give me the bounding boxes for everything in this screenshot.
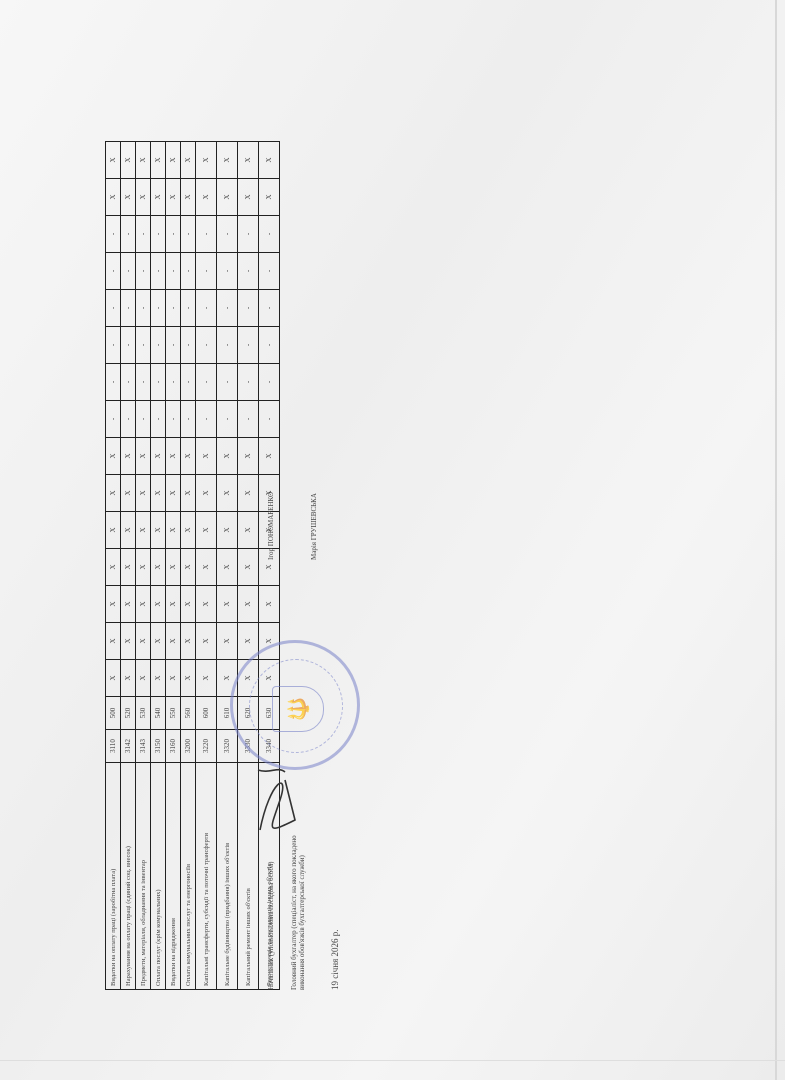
row-cell: X — [166, 586, 181, 623]
row-cell: - — [259, 364, 280, 401]
row-cell: - — [196, 327, 217, 364]
budget-table: Видатки на оплату праці (заробітна плата… — [105, 141, 280, 990]
row-label: Оплата комунальних послуг та енергоносії… — [181, 763, 196, 990]
row-code: 3143 — [136, 730, 151, 763]
row-line-number: 600 — [196, 697, 217, 730]
row-cell: - — [238, 401, 259, 438]
row-cell: - — [106, 364, 121, 401]
row-cell: - — [121, 216, 136, 253]
official-stamp: 🔱 — [230, 640, 360, 770]
row-cell: X — [238, 179, 259, 216]
row-cell: X — [106, 623, 121, 660]
row-cell: - — [238, 216, 259, 253]
row-cell: - — [259, 253, 280, 290]
row-cell: X — [166, 623, 181, 660]
row-cell: X — [196, 438, 217, 475]
row-cell: - — [181, 327, 196, 364]
row-cell: - — [121, 290, 136, 327]
row-code: 3110 — [106, 730, 121, 763]
row-label: Капітальні трансферти, субсидії та поточ… — [196, 763, 217, 990]
row-cell: - — [136, 401, 151, 438]
row-cell: - — [238, 364, 259, 401]
row-code: 3200 — [181, 730, 196, 763]
row-cell: - — [151, 401, 166, 438]
row-cell: - — [217, 401, 238, 438]
row-cell: X — [121, 660, 136, 697]
table-row: Оплата послуг (крім комунальних)3150540X… — [151, 142, 166, 990]
row-cell: - — [196, 364, 217, 401]
row-cell: X — [166, 179, 181, 216]
row-cell: X — [217, 438, 238, 475]
row-cell: X — [151, 586, 166, 623]
row-line-number: 530 — [136, 697, 151, 730]
row-cell: - — [106, 401, 121, 438]
row-cell: X — [259, 142, 280, 179]
row-label: Оплата послуг (крім комунальних) — [151, 763, 166, 990]
row-cell: X — [196, 549, 217, 586]
row-cell: X — [238, 142, 259, 179]
row-cell: X — [136, 623, 151, 660]
row-cell: X — [136, 512, 151, 549]
row-cell: - — [106, 216, 121, 253]
row-cell: X — [217, 586, 238, 623]
row-cell: - — [181, 216, 196, 253]
row-cell: X — [181, 438, 196, 475]
row-cell: X — [259, 438, 280, 475]
table-row: Видатки на оплату праці (заробітна плата… — [106, 142, 121, 990]
row-label: Предмети, матеріали, обладнання та інвен… — [136, 763, 151, 990]
row-label: Капітальне будівництво (придбання) інших… — [217, 763, 238, 990]
row-cell: - — [238, 327, 259, 364]
page-fold — [0, 1060, 785, 1061]
row-cell: X — [196, 142, 217, 179]
row-cell: - — [181, 364, 196, 401]
table-row: Предмети, матеріали, обладнання та інвен… — [136, 142, 151, 990]
row-cell: X — [136, 179, 151, 216]
row-cell: - — [106, 290, 121, 327]
row-label: Нарахування на оплату праці (єдиний соц.… — [121, 763, 136, 990]
row-cell: X — [196, 623, 217, 660]
row-cell: X — [136, 660, 151, 697]
row-cell: X — [106, 586, 121, 623]
row-cell: X — [151, 660, 166, 697]
row-code: 3150 — [151, 730, 166, 763]
row-line-number: 550 — [166, 697, 181, 730]
row-cell: X — [181, 623, 196, 660]
row-cell: X — [259, 586, 280, 623]
row-cell: - — [196, 253, 217, 290]
row-cell: - — [217, 290, 238, 327]
row-cell: X — [196, 512, 217, 549]
row-cell: X — [217, 549, 238, 586]
page-edge — [775, 0, 777, 1080]
row-cell: X — [121, 549, 136, 586]
row-cell: - — [196, 216, 217, 253]
row-label: Видатки на оплату праці (заробітна плата… — [106, 763, 121, 990]
row-line-number: 500 — [106, 697, 121, 730]
row-line-number: 520 — [121, 697, 136, 730]
table-row: Нарахування на оплату праці (єдиний соц.… — [121, 142, 136, 990]
document-date: 19 січня 2026 р. — [330, 930, 340, 990]
row-cell: - — [217, 253, 238, 290]
row-cell: X — [136, 438, 151, 475]
row-cell: X — [106, 660, 121, 697]
row-cell: - — [151, 290, 166, 327]
row-cell: - — [259, 401, 280, 438]
row-line-number: 540 — [151, 697, 166, 730]
trident-emblem-icon: 🔱 — [272, 686, 324, 732]
row-cell: X — [238, 475, 259, 512]
row-cell: X — [106, 179, 121, 216]
row-cell: - — [196, 401, 217, 438]
row-cell: - — [259, 327, 280, 364]
table-row: Капітальний ремонт інших об'єктів3330620… — [238, 142, 259, 990]
row-cell: X — [196, 475, 217, 512]
row-label: Видатки на відрядження — [166, 763, 181, 990]
rotated-document: Видатки на оплату праці (заробітна плата… — [105, 110, 365, 1030]
row-line-number: 560 — [181, 697, 196, 730]
row-cell: - — [181, 290, 196, 327]
row-cell: X — [121, 142, 136, 179]
accountant-name: Марія ГРУШЕВСЬКА — [310, 493, 318, 560]
row-cell: X — [238, 549, 259, 586]
row-cell: X — [121, 475, 136, 512]
row-cell: - — [166, 216, 181, 253]
row-cell: X — [166, 512, 181, 549]
row-cell: X — [181, 586, 196, 623]
row-cell: - — [121, 364, 136, 401]
row-code: 3320 — [217, 730, 238, 763]
row-cell: X — [181, 142, 196, 179]
row-cell: X — [259, 179, 280, 216]
row-cell: - — [106, 327, 121, 364]
row-cell: - — [259, 216, 280, 253]
row-cell: X — [136, 475, 151, 512]
row-code: 3220 — [196, 730, 217, 763]
row-cell: X — [151, 475, 166, 512]
row-cell: X — [166, 438, 181, 475]
row-cell: X — [136, 586, 151, 623]
row-cell: X — [121, 512, 136, 549]
row-cell: - — [181, 253, 196, 290]
row-cell: - — [259, 290, 280, 327]
row-cell: - — [217, 216, 238, 253]
row-cell: X — [238, 512, 259, 549]
row-cell: X — [181, 549, 196, 586]
table-row: Капітальні трансферти, субсидії та поточ… — [196, 142, 217, 990]
row-cell: - — [166, 290, 181, 327]
row-cell: X — [151, 179, 166, 216]
row-cell: - — [151, 327, 166, 364]
row-cell: X — [121, 438, 136, 475]
row-cell: - — [166, 253, 181, 290]
row-cell: X — [166, 475, 181, 512]
row-cell: X — [196, 586, 217, 623]
row-cell: X — [196, 660, 217, 697]
row-cell: X — [106, 438, 121, 475]
row-cell: X — [166, 660, 181, 697]
row-cell: X — [136, 142, 151, 179]
row-cell: - — [121, 327, 136, 364]
row-cell: X — [166, 549, 181, 586]
row-cell: - — [166, 327, 181, 364]
row-cell: - — [166, 364, 181, 401]
row-cell: X — [121, 586, 136, 623]
row-cell: X — [238, 586, 259, 623]
row-cell: - — [217, 364, 238, 401]
table-row: Оплата комунальних послуг та енергоносії… — [181, 142, 196, 990]
row-cell: X — [106, 142, 121, 179]
row-cell: - — [238, 290, 259, 327]
row-cell: X — [181, 475, 196, 512]
row-cell: X — [196, 179, 217, 216]
row-cell: X — [151, 142, 166, 179]
row-cell: X — [106, 475, 121, 512]
row-cell: X — [106, 512, 121, 549]
row-cell: - — [106, 253, 121, 290]
row-cell: X — [151, 623, 166, 660]
row-cell: - — [238, 253, 259, 290]
row-cell: X — [136, 549, 151, 586]
row-cell: X — [217, 179, 238, 216]
row-cell: X — [181, 660, 196, 697]
row-cell: X — [121, 179, 136, 216]
row-cell: X — [217, 623, 238, 660]
row-cell: X — [151, 549, 166, 586]
row-cell: - — [151, 364, 166, 401]
row-cell: - — [166, 401, 181, 438]
row-cell: X — [151, 512, 166, 549]
row-cell: - — [151, 216, 166, 253]
row-cell: X — [166, 142, 181, 179]
head-name: Ігор ПОНОМАРЕНКО — [267, 492, 275, 560]
row-cell: X — [238, 438, 259, 475]
row-cell: X — [181, 179, 196, 216]
row-cell: X — [217, 512, 238, 549]
handwritten-signature — [250, 760, 310, 840]
row-cell: - — [136, 290, 151, 327]
row-cell: X — [121, 623, 136, 660]
table-row: Капітальне будівництво (придбання) інших… — [217, 142, 238, 990]
row-cell: - — [136, 253, 151, 290]
row-cell: X — [181, 512, 196, 549]
row-cell: - — [121, 401, 136, 438]
row-code: 3160 — [166, 730, 181, 763]
row-cell: - — [181, 401, 196, 438]
row-cell: - — [121, 253, 136, 290]
head-signature-label: Начальник (уповноважена посадова особа) — [267, 862, 275, 990]
row-cell: - — [136, 327, 151, 364]
row-cell: X — [106, 549, 121, 586]
row-cell: X — [217, 475, 238, 512]
row-cell: - — [196, 290, 217, 327]
row-code: 3142 — [121, 730, 136, 763]
accountant-signature-label: Головний бухгалтер (спеціаліст, на якого… — [290, 830, 306, 990]
row-cell: - — [136, 364, 151, 401]
row-cell: X — [217, 142, 238, 179]
row-cell: X — [151, 438, 166, 475]
table-row: Видатки на відрядження3160550XXXXXXX----… — [166, 142, 181, 990]
row-cell: - — [136, 216, 151, 253]
row-cell: - — [217, 327, 238, 364]
row-cell: - — [151, 253, 166, 290]
